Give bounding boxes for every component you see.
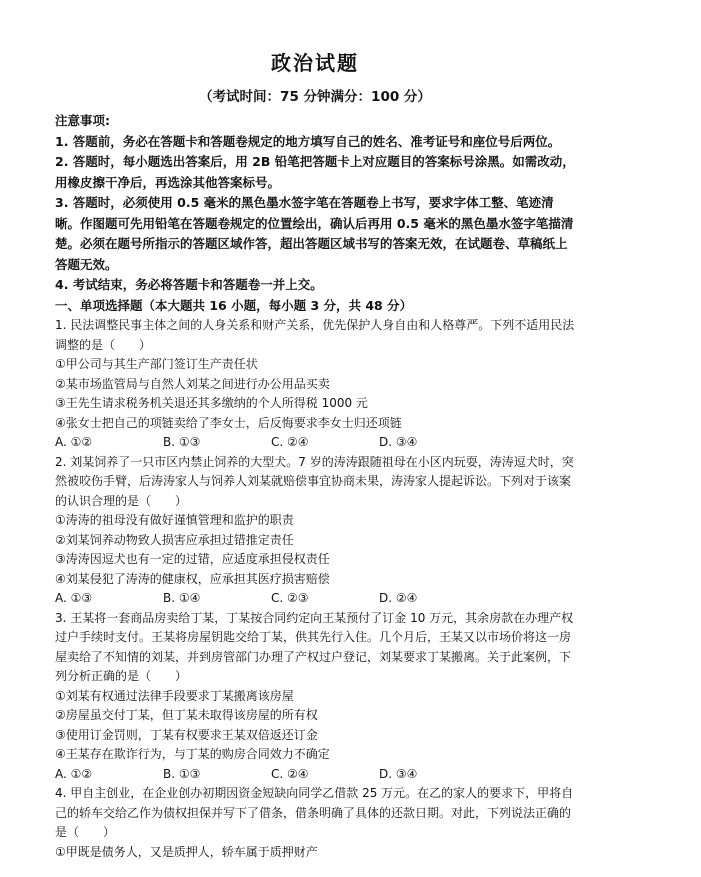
question-4: 4. 甲自主创业，在企业创办初期因资金短缺向同学乙借款 25 万元。在乙的家人的… [55, 784, 575, 862]
choice-c: C. ②③ [271, 589, 379, 609]
question-2: 2. 刘某饲养了一只市区内禁止饲养的大型犬。7 岁的涛涛跟随祖母在小区内玩耍，涛… [55, 453, 575, 609]
question-option: ①甲既是债务人，又是质押人，轿车属于质押财产 [55, 843, 575, 863]
choice-a: A. ①② [55, 765, 163, 785]
notice-heading: 注意事项: [55, 111, 575, 132]
choice-d: D. ③④ [379, 765, 417, 785]
question-option: ②某市场监管局与自然人刘某之间进行办公用品买卖 [55, 375, 575, 395]
question-option: ①甲公司与其生产部门签订生产责任状 [55, 355, 575, 375]
choice-a: A. ①② [55, 433, 163, 453]
question-option: ③使用订金罚则，丁某有权要求王某双倍返还订金 [55, 726, 575, 746]
question-stem: 4. 甲自主创业，在企业创办初期因资金短缺向同学乙借款 25 万元。在乙的家人的… [55, 784, 575, 843]
question-option: ④张女士把自己的项链卖给了李女士，后反悔要求李女士归还项链 [55, 414, 575, 434]
question-option: ①刘某有权通过法律手段要求丁某搬离该房屋 [55, 687, 575, 707]
question-stem: 1. 民法调整民事主体之间的人身关系和财产关系，优先保护人身自由和人格尊严。下列… [55, 316, 575, 355]
question-option: ③涛涛因逗犬也有一定的过错，应适度承担侵权责任 [55, 550, 575, 570]
exam-title: 政治试题 [55, 47, 575, 76]
question-stem: 3. 王某将一套商品房卖给丁某，丁某按合同约定向王某预付了订金 10 万元，其余… [55, 609, 575, 687]
choice-d: D. ②④ [379, 589, 417, 609]
choice-d: D. ③④ [379, 433, 417, 453]
notice-section: 注意事项: 1. 答题前，务必在答题卡和答题卷规定的地方填写自己的姓名、准考证号… [55, 111, 575, 296]
choice-b: B. ①④ [163, 589, 271, 609]
choice-row: A. ①② B. ①③ C. ②④ D. ③④ [55, 433, 575, 453]
choice-row: A. ①③ B. ①④ C. ②③ D. ②④ [55, 589, 575, 609]
section-heading: 一、单项选择题（本大题共 16 小题，每小题 3 分，共 48 分） [55, 296, 575, 317]
question-option: ④王某存在欺诈行为，与丁某的购房合同效力不确定 [55, 745, 575, 765]
question-option: ③王先生请求税务机关退还其多缴纳的个人所得税 1000 元 [55, 394, 575, 414]
choice-c: C. ②④ [271, 433, 379, 453]
notice-item: 1. 答题前，务必在答题卡和答题卷规定的地方填写自己的姓名、准考证号和座位号后两… [55, 132, 575, 153]
choice-row: A. ①② B. ①③ C. ②④ D. ③④ [55, 765, 575, 785]
choice-c: C. ②④ [271, 765, 379, 785]
question-1: 1. 民法调整民事主体之间的人身关系和财产关系，优先保护人身自由和人格尊严。下列… [55, 316, 575, 453]
question-option: ②房屋虽交付丁某，但丁某未取得该房屋的所有权 [55, 706, 575, 726]
choice-a: A. ①③ [55, 589, 163, 609]
exam-content: 政治试题 （考试时间：75 分钟满分：100 分） 注意事项: 1. 答题前，务… [55, 47, 575, 862]
exam-paper-page: 政治试题 （考试时间：75 分钟满分：100 分） 注意事项: 1. 答题前，务… [0, 0, 701, 877]
exam-subtitle: （考试时间：75 分钟满分：100 分） [55, 85, 575, 105]
choice-b: B. ①③ [163, 433, 271, 453]
question-option: ①涛涛的祖母没有做好谨慎管理和监护的职责 [55, 511, 575, 531]
notice-item: 4. 考试结束，务必将答题卡和答题卷一并上交。 [55, 275, 575, 296]
notice-item: 2. 答题时，每小题选出答案后，用 2B 铅笔把答题卡上对应题目的答案标号涂黑。… [55, 152, 575, 193]
question-option: ④刘某侵犯了涛涛的健康权，应承担其医疗损害赔偿 [55, 570, 575, 590]
question-3: 3. 王某将一套商品房卖给丁某，丁某按合同约定向王某预付了订金 10 万元，其余… [55, 609, 575, 785]
question-option: ②刘某饲养动物致人损害应承担过错推定责任 [55, 531, 575, 551]
notice-item: 3. 答题时，必须使用 0.5 毫米的黑色墨水签字笔在答题卷上书写，要求字体工整… [55, 193, 575, 275]
choice-b: B. ①③ [163, 765, 271, 785]
question-stem: 2. 刘某饲养了一只市区内禁止饲养的大型犬。7 岁的涛涛跟随祖母在小区内玩耍，涛… [55, 453, 575, 512]
